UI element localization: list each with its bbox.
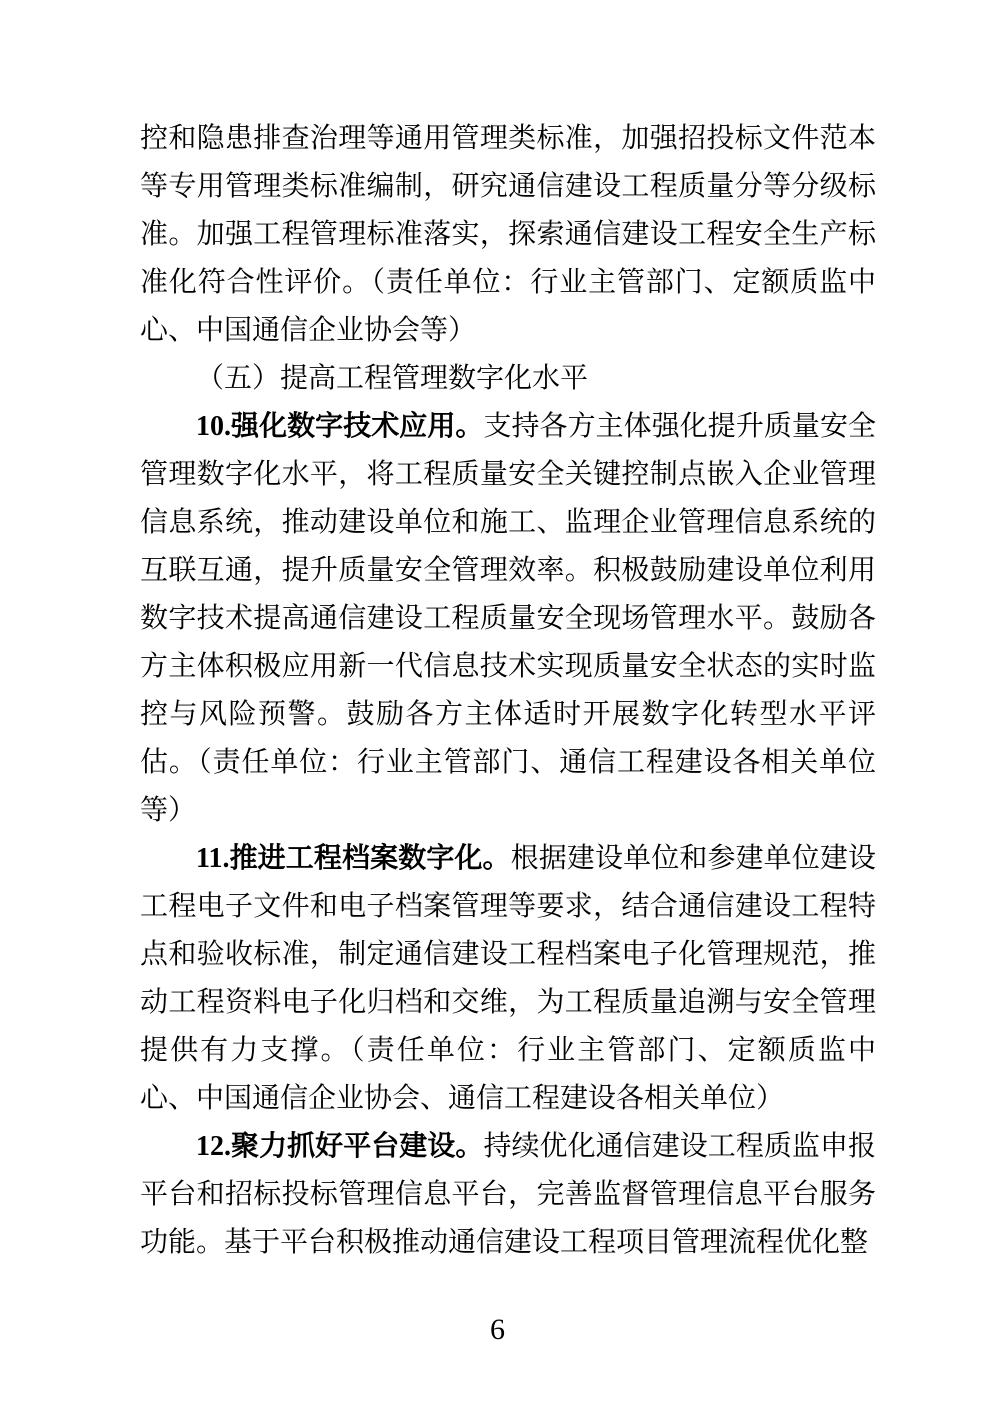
item-10-text: 支持各方主体强化提升质量安全管理数字化水平，将工程质量安全关键控制点嵌入企业管理… [140, 411, 876, 826]
item-11-lead: 11.推进工程档案数字化。 [196, 843, 511, 874]
item-10-lead: 10.强化数字技术应用。 [196, 411, 483, 442]
page-footer: 6 [0, 1312, 995, 1348]
document-page: { "doc": { "background_color": "#ffffff"… [0, 0, 995, 1409]
section-heading: （五）提高工程管理数字化水平 [140, 355, 876, 403]
item-12-paragraph: 12.聚力抓好平台建设。持续优化通信建设工程质监申报平台和招标投标管理信息平台，… [140, 1123, 876, 1267]
item-12-lead: 12.聚力抓好平台建设。 [196, 1131, 483, 1162]
item-11-text: 根据建设单位和参建单位建设工程电子文件和电子档案管理等要求，结合通信建设工程特点… [140, 843, 876, 1114]
page-number: 6 [490, 1313, 505, 1346]
document-body: 控和隐患排查治理等通用管理类标准，加强招投标文件范本等专用管理类标准编制，研究通… [140, 115, 876, 1267]
item-11-paragraph: 11.推进工程档案数字化。根据建设单位和参建单位建设工程电子文件和电子档案管理等… [140, 835, 876, 1123]
item-10-paragraph: 10.强化数字技术应用。支持各方主体强化提升质量安全管理数字化水平，将工程质量安… [140, 403, 876, 835]
paragraph-continuation: 控和隐患排查治理等通用管理类标准，加强招投标文件范本等专用管理类标准编制，研究通… [140, 115, 876, 355]
